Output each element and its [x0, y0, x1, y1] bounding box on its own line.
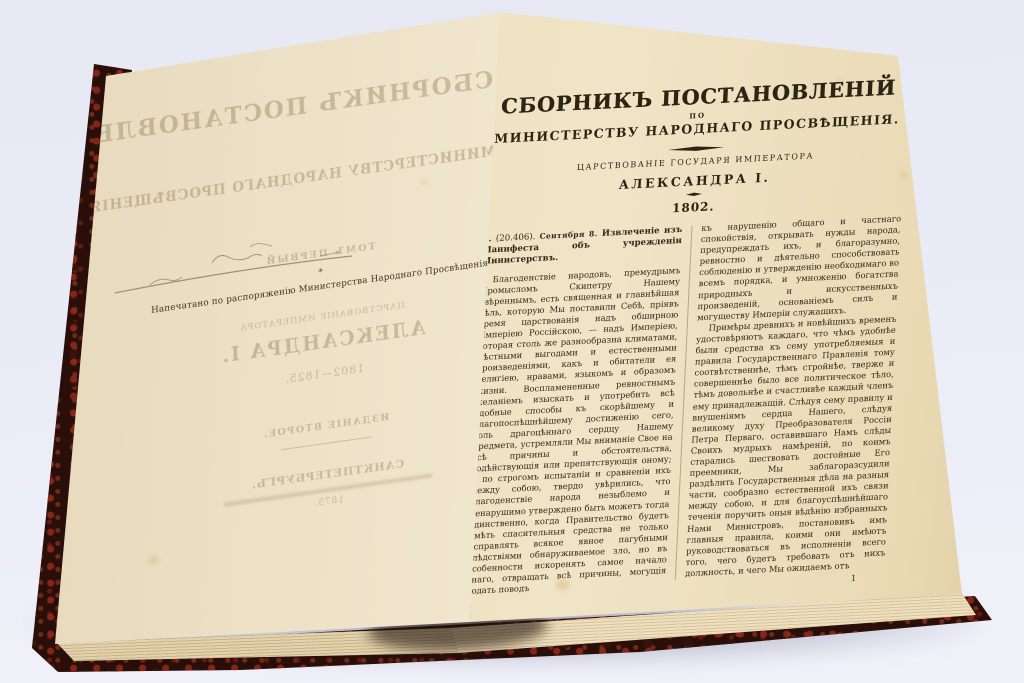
book-photo-scene: СБОРНИКЪ ПОСТАНОВЛЕНІЙ МИНИСТЕРСТВУ НАРО… [0, 0, 1024, 683]
two-column-text: 1. (20.406). Сентября 8. Извлеченіе изъ … [465, 213, 902, 604]
foxing-spot [148, 556, 159, 565]
body-paragraph: Благоденствіе народовъ, премудрымъ Промы… [466, 265, 681, 598]
showthrough-edition: ИЗДАНІЕ ВТОРОЕ. [148, 396, 505, 457]
right-page-content: СБОРНИКЪ ПОСТАНОВЛЕНІЙ ПО МИНИСТЕРСТВУ Н… [465, 19, 911, 604]
showthrough-title: СБОРНИКЪ ПОСТАНОВЛЕНІЙ [136, 66, 493, 143]
left-page-content: СБОРНИКЪ ПОСТАНОВЛЕНІЙ МИНИСТЕРСТВУ НАРО… [135, 36, 507, 532]
article-heading: 1. (20.406). Сентября 8. Извлеченіе изъ … [481, 224, 682, 269]
column-1: 1. (20.406). Сентября 8. Извлеченіе изъ … [465, 224, 682, 604]
body-paragraph: къ нарушенію общаго и частнаго спокойств… [697, 213, 901, 323]
article-date: Сентября 8. [539, 229, 597, 241]
swelled-rule-ornament [668, 145, 724, 153]
column-2: къ нарушенію общаго и частнаго спокойств… [684, 213, 901, 593]
body-paragraph: Примѣры древнихъ и новѣйшихъ временъ удо… [685, 313, 897, 579]
showthrough-rule [281, 436, 372, 450]
diamond-ornament [686, 192, 702, 197]
showthrough-subtitle: МИНИСТЕРСТВУ НАРОДНАГО ПРОСВѢЩЕНІЯ. [139, 143, 496, 209]
article-ref: (20.406). [496, 232, 536, 244]
